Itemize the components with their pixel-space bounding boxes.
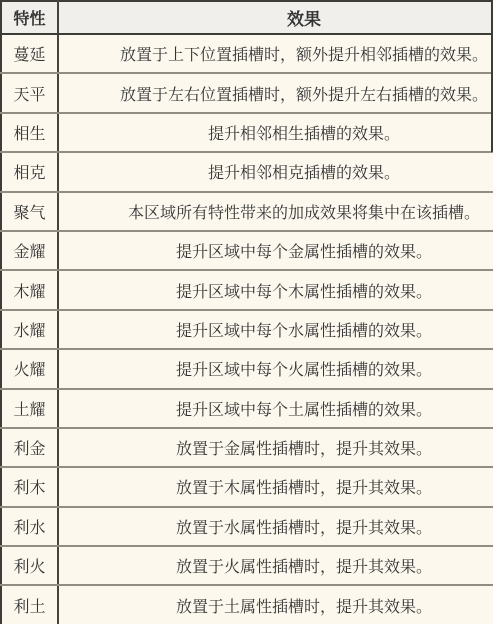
effect-cell: 提升区域中每个木属性插槽的效果。 bbox=[58, 270, 493, 309]
trait-cell: 利木 bbox=[1, 467, 58, 506]
table-row: 聚气本区域所有特性带来的加成效果将集中在该插槽。 bbox=[1, 192, 493, 231]
trait-cell: 相生 bbox=[1, 113, 58, 152]
trait-cell: 天平 bbox=[1, 73, 58, 112]
header-row: 特性 效果 bbox=[1, 1, 493, 34]
effect-cell: 放置于上下位置插槽时，额外提升相邻插槽的效果。 bbox=[58, 34, 493, 73]
trait-effect-table-screen: 特性 效果 蔓延放置于上下位置插槽时，额外提升相邻插槽的效果。天平放置于左右位置… bbox=[0, 0, 493, 624]
table-row: 水耀提升区域中每个水属性插槽的效果。 bbox=[1, 310, 493, 349]
effect-cell: 提升相邻相克插槽的效果。 bbox=[58, 152, 493, 191]
trait-cell: 蔓延 bbox=[1, 34, 58, 73]
effect-cell: 本区域所有特性带来的加成效果将集中在该插槽。 bbox=[58, 192, 493, 231]
table-row: 利水放置于水属性插槽时，提升其效果。 bbox=[1, 507, 493, 546]
trait-cell: 土耀 bbox=[1, 389, 58, 428]
effect-cell: 放置于木属性插槽时，提升其效果。 bbox=[58, 467, 493, 506]
table-row: 天平放置于左右位置插槽时，额外提升左右插槽的效果。 bbox=[1, 73, 493, 112]
trait-cell: 利水 bbox=[1, 507, 58, 546]
trait-cell: 利土 bbox=[1, 585, 58, 624]
table-row: 土耀提升区域中每个土属性插槽的效果。 bbox=[1, 389, 493, 428]
trait-cell: 利火 bbox=[1, 546, 58, 585]
trait-cell: 利金 bbox=[1, 428, 58, 467]
effect-cell: 提升区域中每个火属性插槽的效果。 bbox=[58, 349, 493, 388]
effect-cell: 提升区域中每个土属性插槽的效果。 bbox=[58, 389, 493, 428]
trait-effect-table: 特性 效果 蔓延放置于上下位置插槽时，额外提升相邻插槽的效果。天平放置于左右位置… bbox=[0, 0, 493, 624]
table-row: 木耀提升区域中每个木属性插槽的效果。 bbox=[1, 270, 493, 309]
table-row: 利木放置于木属性插槽时，提升其效果。 bbox=[1, 467, 493, 506]
effect-cell: 提升区域中每个金属性插槽的效果。 bbox=[58, 231, 493, 270]
trait-cell: 火耀 bbox=[1, 349, 58, 388]
effect-cell: 提升区域中每个水属性插槽的效果。 bbox=[58, 310, 493, 349]
table-row: 利金放置于金属性插槽时，提升其效果。 bbox=[1, 428, 493, 467]
trait-cell: 金耀 bbox=[1, 231, 58, 270]
table-row: 相生提升相邻相生插槽的效果。 bbox=[1, 113, 493, 152]
effect-cell: 放置于火属性插槽时，提升其效果。 bbox=[58, 546, 493, 585]
trait-cell: 木耀 bbox=[1, 270, 58, 309]
table-row: 利火放置于火属性插槽时，提升其效果。 bbox=[1, 546, 493, 585]
effect-cell: 放置于金属性插槽时，提升其效果。 bbox=[58, 428, 493, 467]
trait-cell: 水耀 bbox=[1, 310, 58, 349]
table-row: 金耀提升区域中每个金属性插槽的效果。 bbox=[1, 231, 493, 270]
effect-cell: 放置于水属性插槽时，提升其效果。 bbox=[58, 507, 493, 546]
effect-cell: 提升相邻相生插槽的效果。 bbox=[58, 113, 493, 152]
header-trait: 特性 bbox=[1, 1, 58, 34]
effect-cell: 放置于左右位置插槽时，额外提升左右插槽的效果。 bbox=[58, 73, 493, 112]
header-effect: 效果 bbox=[58, 1, 493, 34]
trait-cell: 相克 bbox=[1, 152, 58, 191]
table-row: 火耀提升区域中每个火属性插槽的效果。 bbox=[1, 349, 493, 388]
trait-cell: 聚气 bbox=[1, 192, 58, 231]
effect-cell: 放置于土属性插槽时，提升其效果。 bbox=[58, 585, 493, 624]
table-row: 蔓延放置于上下位置插槽时，额外提升相邻插槽的效果。 bbox=[1, 34, 493, 73]
table-row: 利土放置于土属性插槽时，提升其效果。 bbox=[1, 585, 493, 624]
table-row: 相克提升相邻相克插槽的效果。 bbox=[1, 152, 493, 191]
table-header: 特性 效果 bbox=[1, 1, 493, 34]
table-body: 蔓延放置于上下位置插槽时，额外提升相邻插槽的效果。天平放置于左右位置插槽时，额外… bbox=[1, 34, 493, 624]
